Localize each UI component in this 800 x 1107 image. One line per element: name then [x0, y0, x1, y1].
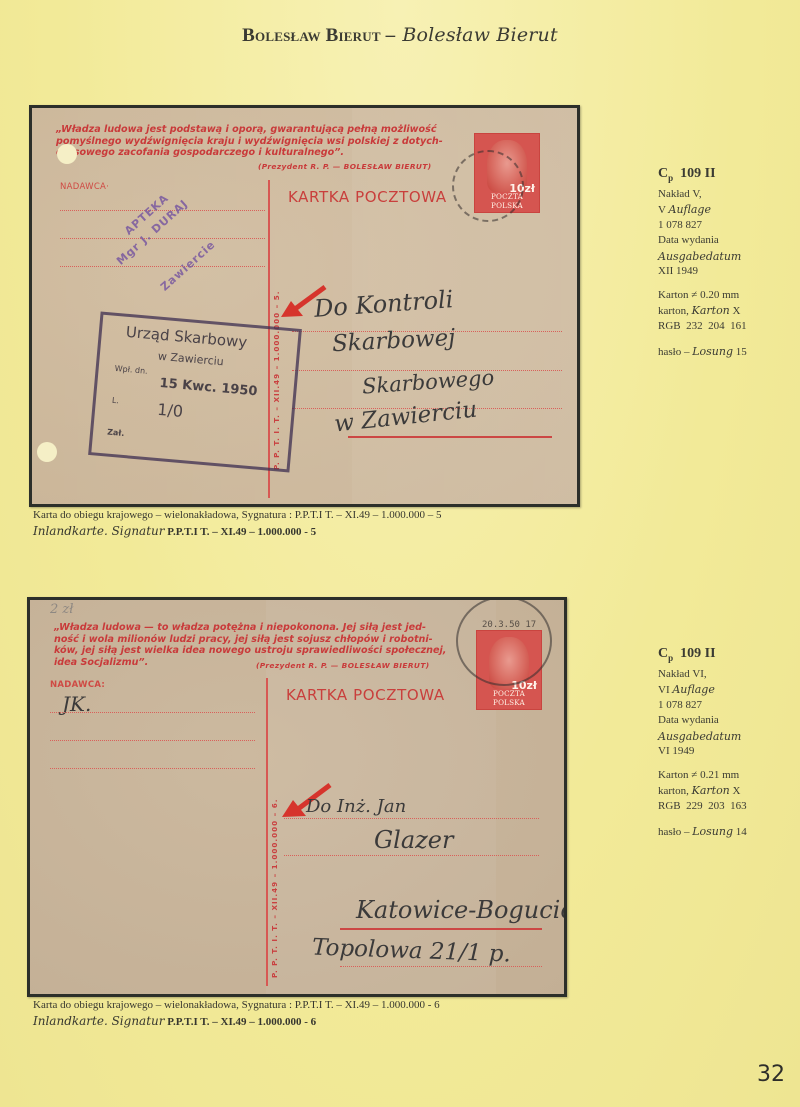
- catalog-number: Cp 109 II: [658, 166, 747, 186]
- card-1-caption: Karta do obiegu krajowego – wielonakłado…: [33, 507, 441, 540]
- office-stamp-date: 15 Kwc. 1950: [159, 376, 258, 399]
- karton-suffix: X: [733, 305, 741, 317]
- title-caps: Bolesław Bierut: [242, 25, 381, 46]
- postmark: [456, 600, 552, 686]
- card-2-info: Cp 109 II Nakład VI, VI Auflage 1 078 82…: [658, 646, 747, 840]
- karton-thickness: Karton ≠ 0.20 mm: [658, 288, 747, 303]
- auflage-prefix: VI: [658, 684, 670, 696]
- date-label: Data wydania: [658, 713, 747, 728]
- postcard-1-frame: „Władza ludowa jest podstawą i oporą, gw…: [29, 105, 580, 507]
- catalog-letter: C: [658, 646, 668, 661]
- address-line-2: Glazer: [374, 826, 453, 854]
- catalog-num: 109 II: [680, 166, 715, 181]
- date-label-script: Ausgabedatum: [658, 249, 747, 264]
- haslo-num: 15: [736, 346, 747, 358]
- catalog-sub: p: [668, 653, 673, 663]
- punch-hole: [57, 144, 77, 164]
- caption-german-script: Inlandkarte. Signatur: [33, 524, 165, 538]
- rgb-value: RGB 232 204 161: [658, 319, 747, 334]
- stamp-label: POCZTA POLSKA: [477, 689, 541, 707]
- sender-label: NADAWCA:: [50, 680, 105, 690]
- postcard-1: „Władza ludowa jest podstawą i oporą, gw…: [32, 108, 577, 504]
- catalog-letter: C: [658, 166, 668, 181]
- caption-german-signature: P.P.T.I T. – XI.49 – 1.000.000 - 6: [167, 1016, 316, 1028]
- tax-office-stamp: Urząd Skarbowy w Zawierciu Wpł. dn. 15 K…: [88, 311, 302, 472]
- address-line: [284, 818, 539, 819]
- postmark-date: 20.3.50 17: [482, 620, 536, 630]
- caption-polish: Karta do obiegu krajowego – wielonakłado…: [33, 997, 440, 1013]
- quote-line: „Władza ludowa jest podstawą i oporą, gw…: [56, 124, 466, 136]
- caption-german-signature: P.P.T.I T. – XI.49 – 1.000.000 - 5: [167, 526, 316, 538]
- title-dash: –: [386, 25, 396, 46]
- punch-hole: [37, 442, 57, 462]
- catalog-number: Cp 109 II: [658, 646, 747, 666]
- card-1-info: Cp 109 II Nakład V, V Auflage 1 078 827 …: [658, 166, 747, 360]
- sender-line: [60, 238, 265, 239]
- auflage-prefix: V: [658, 204, 666, 216]
- quote-attribution: (Prezydent R. P. — BOLESŁAW BIERUT): [256, 661, 430, 670]
- haslo-prefix: hasło –: [658, 346, 689, 358]
- postmark: [452, 150, 524, 222]
- title-script: Bolesław Bierut: [402, 24, 558, 46]
- address-line: [340, 966, 542, 967]
- date-label: Data wydania: [658, 233, 747, 248]
- sender-line: [50, 740, 255, 741]
- catalog-sub: p: [668, 173, 673, 183]
- haslo-prefix: hasło –: [658, 826, 689, 838]
- page-number: 32: [757, 1062, 785, 1087]
- karton-suffix: X: [733, 785, 741, 797]
- address-underline: [348, 436, 552, 438]
- sender-line: [60, 210, 265, 211]
- karton-prefix: karton,: [658, 785, 689, 797]
- office-stamp-field-a: Wpł. dn.: [114, 364, 148, 376]
- postcard-2: 2 zł „Władza ludowa — to władza potężna …: [30, 600, 564, 994]
- postcard-2-frame: 2 zł „Władza ludowa — to władza potężna …: [27, 597, 567, 997]
- quote-line: ków, jej siłą jest wielka idea nowego us…: [54, 645, 464, 657]
- karton-type: karton, Karton X: [658, 303, 747, 319]
- print-count: 1 078 827: [658, 218, 747, 233]
- naklad: Nakład V,: [658, 187, 747, 202]
- pencil-note: 2 zł: [50, 602, 73, 617]
- karton-prefix: karton,: [658, 305, 689, 317]
- vertical-signature: P. P. T. I. T. – XII.49 – 1.000.000 – 6.: [270, 799, 279, 978]
- auflage: VI Auflage: [658, 682, 747, 698]
- office-stamp-line1: Urząd Skarbowy: [125, 323, 248, 352]
- divider-line: [266, 678, 268, 986]
- rgb-value: RGB 229 203 163: [658, 799, 747, 814]
- karton-script: Karton: [692, 784, 730, 797]
- sender-line: [60, 266, 265, 267]
- sender-label: NADAWCA·: [60, 182, 109, 192]
- quote-line: ność i wola milionów ludzi pracy, jej si…: [54, 634, 464, 646]
- caption-german: Inlandkarte. Signatur P.P.T.I T. – XI.49…: [33, 1013, 440, 1030]
- karton-type: karton, Karton X: [658, 783, 747, 799]
- office-stamp-field-b: L.: [112, 396, 120, 406]
- naklad: Nakład VI,: [658, 667, 747, 682]
- address-line-3: Katowice-Bogucice: [356, 896, 564, 924]
- office-stamp-line2: w Zawierciu: [157, 350, 224, 369]
- issue-date: XII 1949: [658, 264, 747, 279]
- date-label-script: Ausgabedatum: [658, 729, 747, 744]
- card-2-caption: Karta do obiegu krajowego – wielonakłado…: [33, 997, 440, 1030]
- caption-german-script: Inlandkarte. Signatur: [33, 1014, 165, 1028]
- karton-script: Karton: [692, 304, 730, 317]
- card-title: KARTKA POCZTOWA: [286, 686, 445, 704]
- haslo-script: Losung: [692, 345, 733, 358]
- card-title: KARTKA POCZTOWA: [288, 188, 447, 206]
- quote-attribution: (Prezydent R. P. — BOLESŁAW BIERUT): [258, 162, 432, 171]
- caption-german: Inlandkarte. Signatur P.P.T.I T. – XI.49…: [33, 523, 441, 540]
- haslo-script: Losung: [692, 825, 733, 838]
- caption-polish: Karta do obiegu krajowego – wielonakłado…: [33, 507, 441, 523]
- office-stamp-number: 1/0: [157, 400, 184, 421]
- print-count: 1 078 827: [658, 698, 747, 713]
- auflage: V Auflage: [658, 202, 747, 218]
- propaganda-quote: „Władza ludowa jest podstawą i oporą, gw…: [56, 124, 466, 159]
- address-line-1: Do Inż. Jan: [306, 796, 406, 817]
- page-title: Bolesław Bierut – Bolesław Bierut: [0, 24, 800, 47]
- auflage-script: Auflage: [672, 683, 714, 696]
- quote-line: pomyślnego wydźwignięcia kraju i wydźwig…: [56, 136, 466, 148]
- haslo: hasło – Losung 15: [658, 344, 747, 360]
- quote-line: „Władza ludowa — to władza potężna i nie…: [54, 622, 464, 634]
- issue-date: VI 1949: [658, 744, 747, 759]
- sender-line: [50, 712, 255, 713]
- office-stamp-field-c: Zał.: [107, 428, 125, 438]
- karton-thickness: Karton ≠ 0.21 mm: [658, 768, 747, 783]
- catalog-num: 109 II: [680, 646, 715, 661]
- quote-line: czasowego zacofania gospodarczego i kult…: [56, 147, 466, 159]
- haslo-num: 14: [736, 826, 747, 838]
- auflage-script: Auflage: [669, 203, 711, 216]
- haslo: hasło – Losung 14: [658, 824, 747, 840]
- address-underline: [340, 928, 542, 930]
- address-line: [284, 855, 539, 856]
- sender-line: [50, 768, 255, 769]
